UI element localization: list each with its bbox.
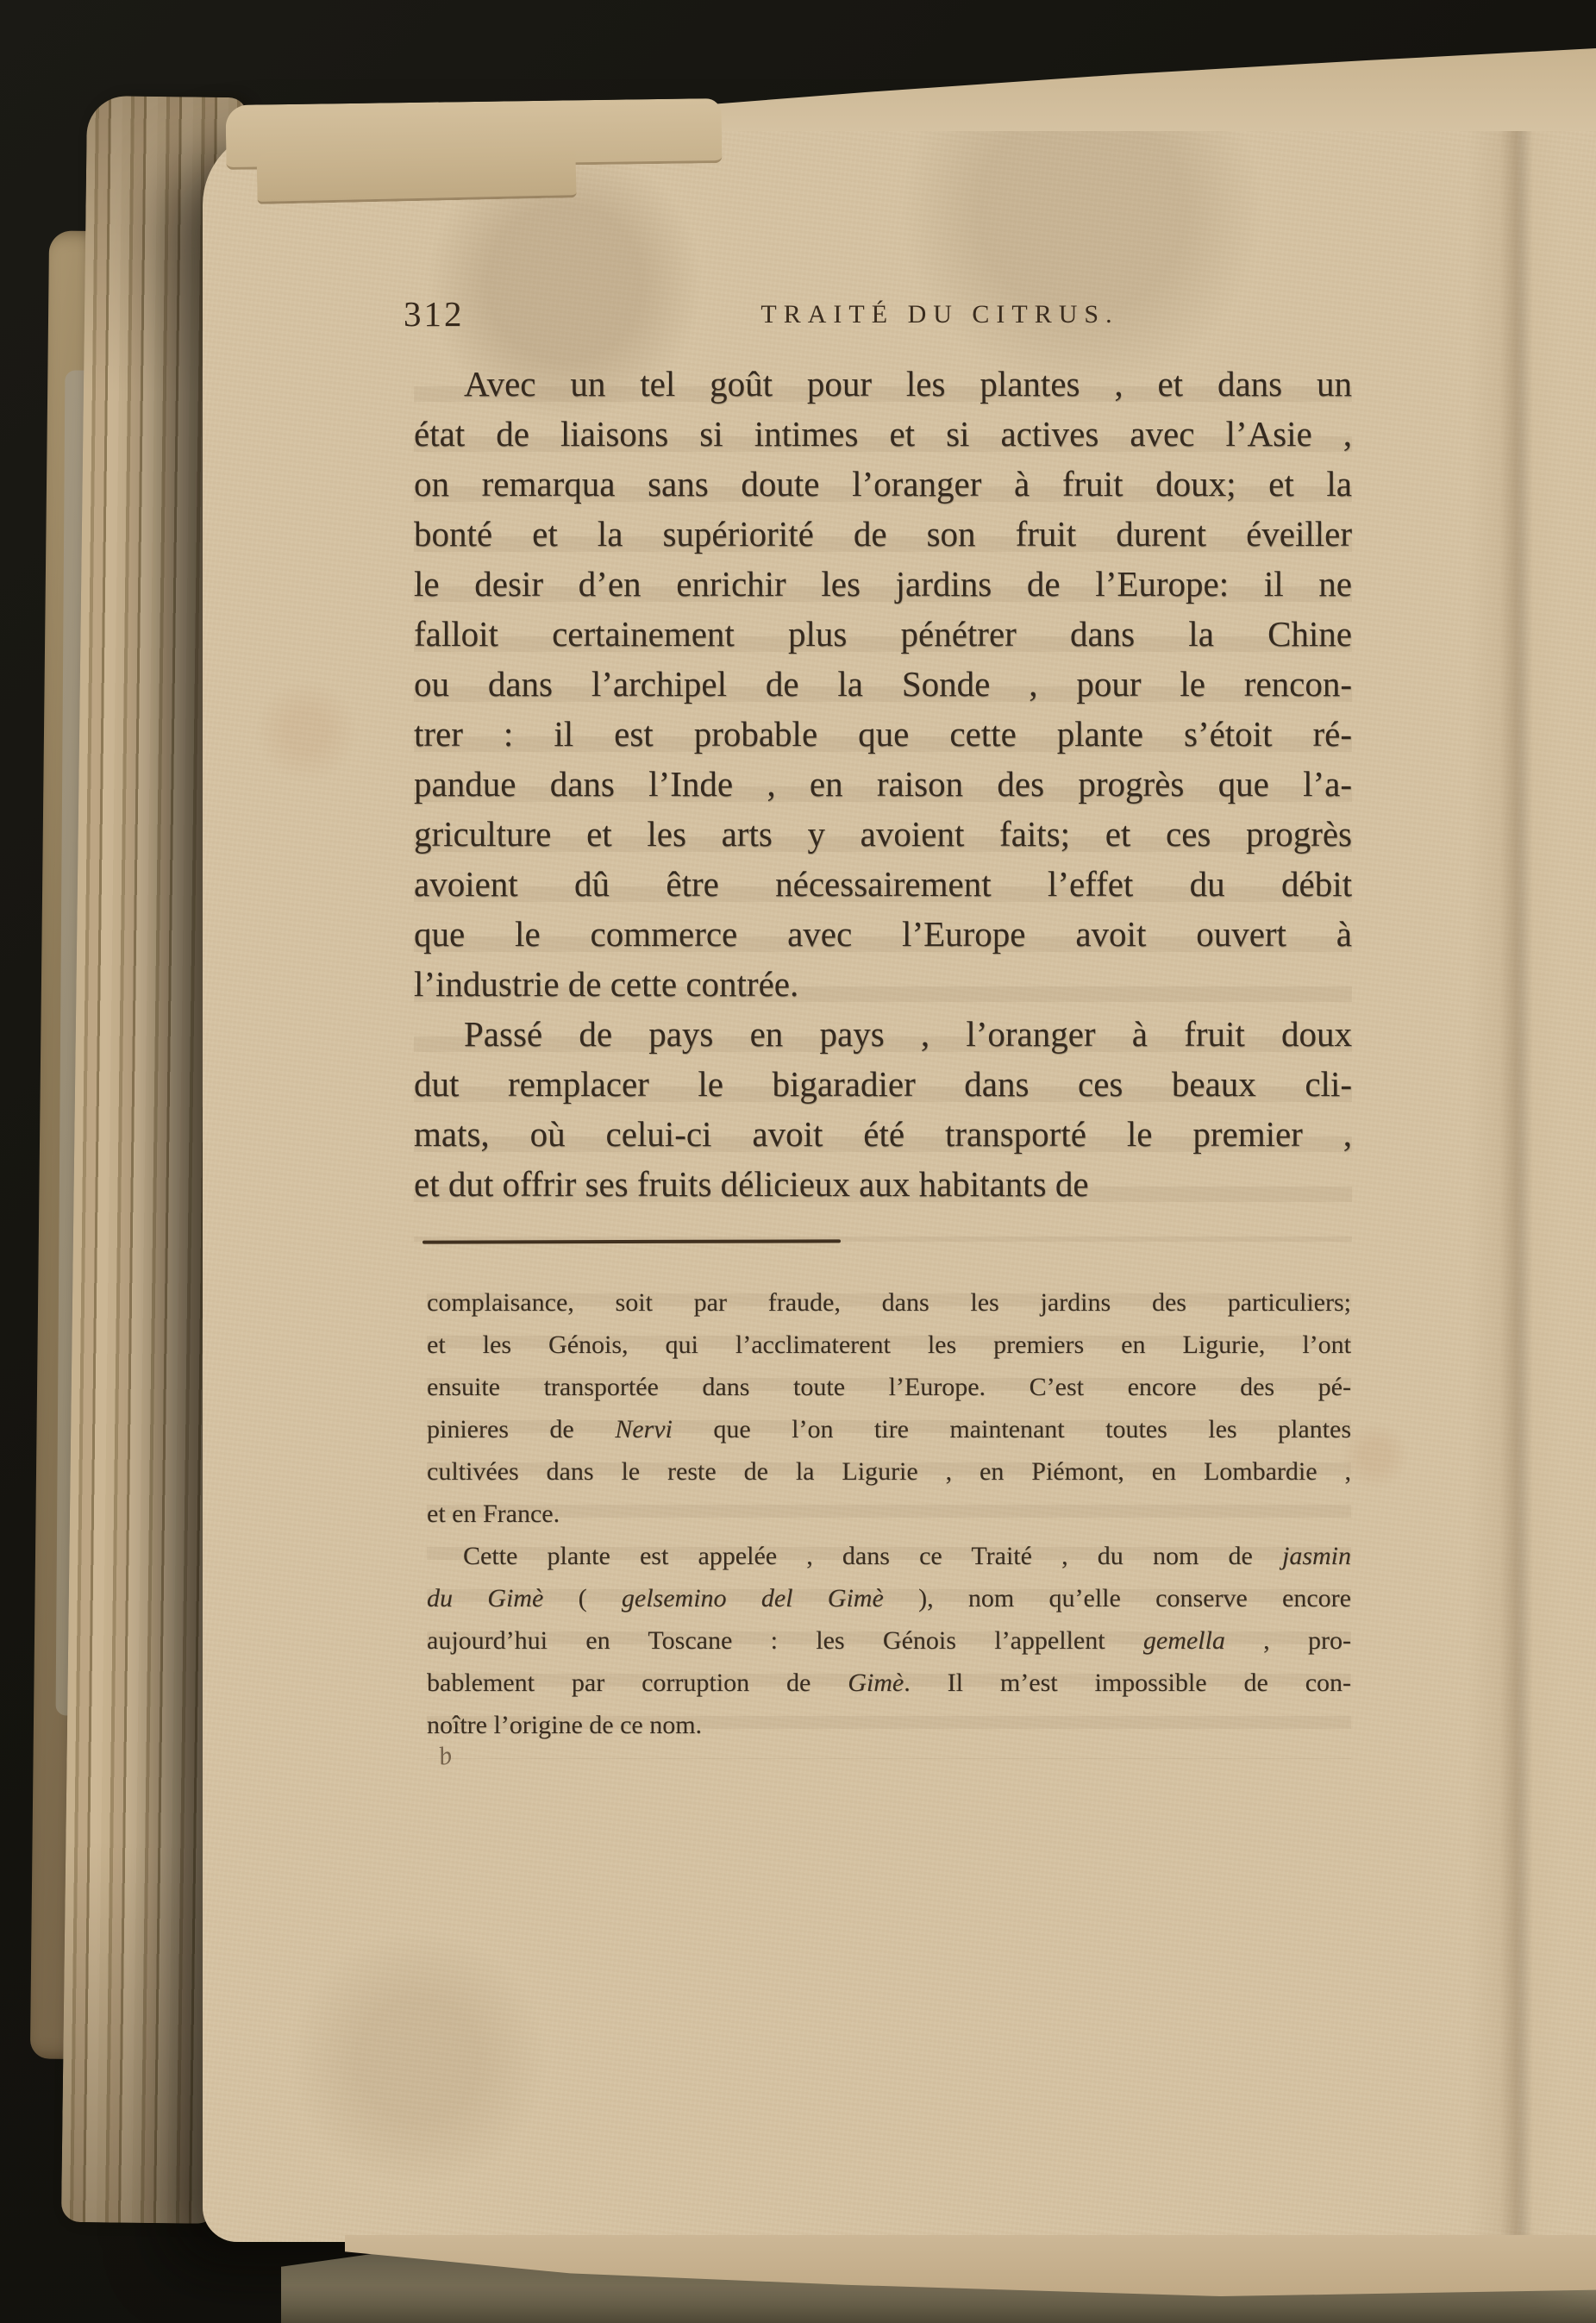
stacked-page-top-edge <box>256 145 576 204</box>
text-line: le desir d’en enrichir les jardins de l’… <box>414 559 1352 609</box>
text-line: cultivées dans le reste de la Ligurie , … <box>427 1450 1351 1493</box>
body-text: Avec un tel goût pour les plantes , et d… <box>414 359 1352 1209</box>
paragraph: Cette plante est appelée , dans ce Trait… <box>427 1535 1351 1746</box>
text-line: ou dans l’archipel de la Sonde , pour le… <box>414 659 1352 709</box>
text-line: et les Génois, qui l’acclimaterent les p… <box>427 1324 1351 1366</box>
text-line: avoient dû être nécessairement l’effet d… <box>414 859 1352 909</box>
text-line: pinieres de Nervi que l’on tire maintena… <box>427 1408 1351 1450</box>
page-number: 312 <box>404 293 465 335</box>
text-line: falloit certainement plus pénétrer dans … <box>414 609 1352 659</box>
text-line: et en France. <box>427 1493 1351 1535</box>
photo-background: 312 TRAITÉ DU CITRUS. Avec un tel goût p… <box>0 0 1596 2323</box>
text-line: que le commerce avec l’Europe avoit ouve… <box>414 909 1352 959</box>
text-line: du Gimè ( gelsemino del Gimè ), nom qu’e… <box>427 1577 1351 1619</box>
book-page: 312 TRAITÉ DU CITRUS. Avec un tel goût p… <box>203 128 1596 2242</box>
text-line: Cette plante est appelée , dans ce Trait… <box>427 1535 1351 1577</box>
paragraph: Avec un tel goût pour les plantes , et d… <box>414 359 1352 1009</box>
text-line: on remarqua sans doute l’oranger à fruit… <box>414 459 1352 509</box>
footnote-text: complaisance, soit par fraude, dans les … <box>427 1281 1351 1746</box>
text-line: complaisance, soit par fraude, dans les … <box>427 1281 1351 1324</box>
text-line: trer : il est probable que cette plante … <box>414 709 1352 759</box>
text-line: dut remplacer le bigaradier dans ces bea… <box>414 1059 1352 1109</box>
page-crease <box>1467 128 1562 2242</box>
text-line: griculture et les arts y avoient faits; … <box>414 809 1352 859</box>
text-line: bablement par corruption de Gimè. Il m’e… <box>427 1662 1351 1704</box>
running-title: TRAITÉ DU CITRUS. <box>750 300 1130 329</box>
text-line: état de liaisons si intimes et si active… <box>414 409 1352 459</box>
text-line: et dut offrir ses fruits délicieux aux h… <box>414 1159 1352 1209</box>
footnote-rule <box>422 1239 841 1243</box>
text-line: l’industrie de cette contrée. <box>414 959 1352 1009</box>
paragraph: Passé de pays en pays , l’oranger à frui… <box>414 1009 1352 1209</box>
text-line: aujourd’hui en Toscane : les Génois l’ap… <box>427 1619 1351 1662</box>
text-line: noître l’origine de ce nom. <box>427 1704 1351 1746</box>
paragraph: complaisance, soit par fraude, dans les … <box>427 1281 1351 1535</box>
text-line: ensuite transportée dans toute l’Europe.… <box>427 1366 1351 1408</box>
text-line: bonté et la supériorité de son fruit dur… <box>414 509 1352 559</box>
text-line: Avec un tel goût pour les plantes , et d… <box>414 359 1352 409</box>
text-line: mats, où celui-ci avoit été transporté l… <box>414 1109 1352 1159</box>
text-line: Passé de pays en pays , l’oranger à frui… <box>414 1009 1352 1059</box>
text-line: pandue dans l’Inde , en raison des progr… <box>414 759 1352 809</box>
